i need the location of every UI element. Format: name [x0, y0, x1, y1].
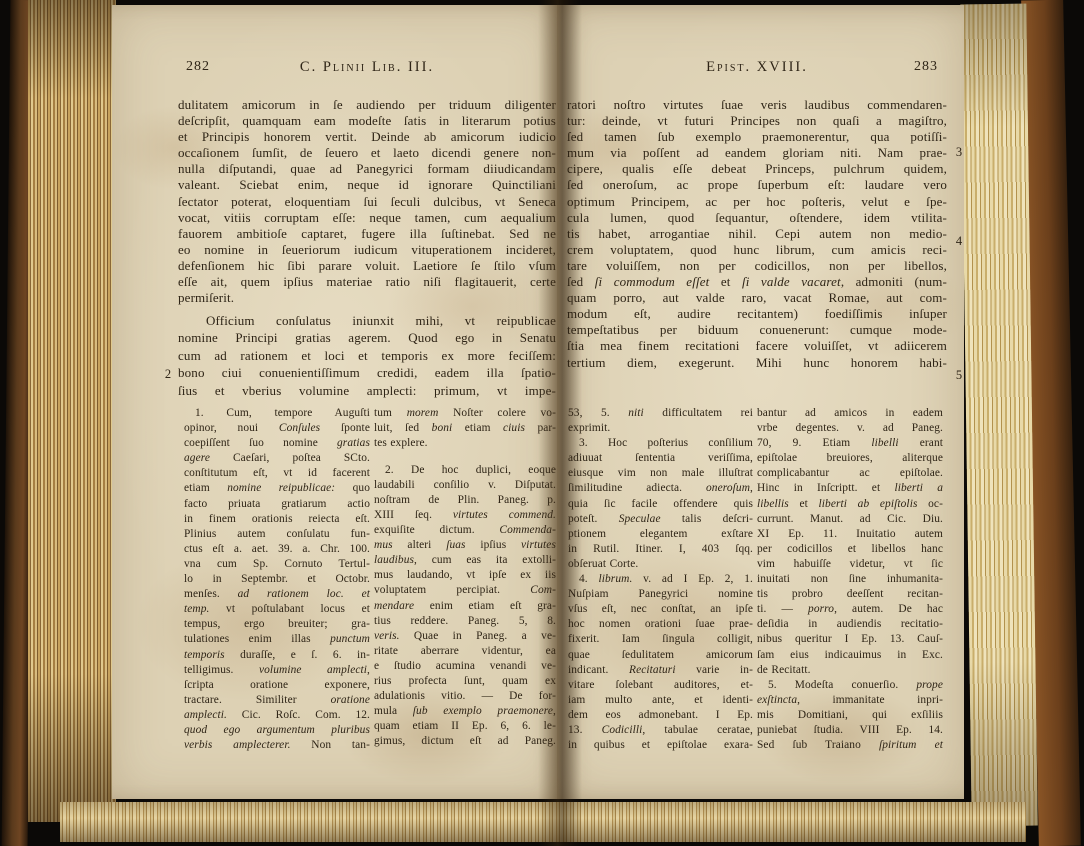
text-line: permiſerit. — [178, 290, 556, 306]
text-line: dulitatem amicorum in ſe audiendo per tr… — [178, 97, 556, 113]
footnote-line: obſeruat Corte. — [568, 557, 753, 572]
text-line: Officium conſulatus iniunxit mihi, vt re… — [178, 312, 556, 329]
footnote-line: bantur ad amicos in eadem — [757, 406, 943, 421]
text-line: ſed oneroſum, ac prope ſuperbum eſt: lau… — [567, 177, 947, 193]
footnote-line: exquiſite dictum. Commenda- — [374, 523, 556, 538]
text-line: tur: deinde, vt futuri Principes non qua… — [567, 113, 947, 129]
text-line: tis habet, arrogantiae nihil. Cepi autem… — [567, 226, 947, 242]
footnote-line: mus alteri ſuas ipſius virtutes — [374, 538, 556, 553]
right-main-text: ratori noſtro virtutes ſuae veris laudib… — [567, 97, 947, 371]
left-footnote-column-2: tum morem Noſter colere vo-luit, ſed bon… — [374, 406, 556, 749]
footnote-line: 70, 9. Etiam libelli erant — [757, 436, 943, 451]
footnote-line: quia ſic facile offendere quis — [568, 497, 753, 512]
footnote-line: quod ego argumentum pluribus — [184, 723, 370, 738]
footnote-line: agere Caeſari, poſtea SCto. — [184, 451, 370, 466]
left-running-title: C. Plinii Lib. III. — [178, 59, 556, 79]
footnote-line: Plinius autem conſulatu fun- — [184, 527, 370, 542]
footnote-line: XIII ſeq. virtutes commend. — [374, 508, 556, 523]
footnote-line: veris. Quae in Paneg. a ve- — [374, 629, 556, 644]
footnote-line: laudabili conſilio v. Diſputat. — [374, 478, 556, 493]
footnote-line: Sed ſub Traiano ſpiritum et — [757, 738, 943, 753]
footnote-line: ſimilitudine adiecta. oneroſum, — [568, 481, 753, 496]
footnote-line: vitare ſolebant auditores, et- — [568, 678, 753, 693]
footnote-line: indicant. Recitaturi varie in- — [568, 663, 753, 678]
footnote-line: ritate aberrare videntur, ea — [374, 644, 556, 659]
footnote-line: ti. — porro, autem. De hac — [757, 602, 943, 617]
footnote-line: verbis amplecterer. Non tan- — [184, 738, 370, 753]
footnote-line: deſidia in audiendis recitatio- — [757, 617, 943, 632]
footnote-line: tempus, ergo breuiter; gra- — [184, 617, 370, 632]
footnote-line: telligimus. volumine amplecti, — [184, 663, 370, 678]
footnote-line: quam etiam II Ep. 6, 6. le- — [374, 719, 556, 734]
text-line: modum eſt, audire recitantem) foediſſimi… — [567, 306, 947, 322]
footnote-line: inuitati non ſine inhumanita- — [757, 572, 943, 587]
footnote-line: 53, 5. niti difficultatem rei — [568, 406, 753, 421]
text-line: crem voluptatem, quod hunc librum, cum a… — [567, 242, 947, 258]
footnote-line: 2. De hoc duplici, eoque — [374, 463, 556, 478]
left-main-paragraph-2: Officium conſulatus iniunxit mihi, vt re… — [178, 312, 556, 399]
footnote-line: adulationis vitio. — De for- — [374, 689, 556, 704]
footnote-line — [374, 451, 556, 462]
footnote-line: mus laudando, vt ipſe ex iis — [374, 568, 556, 583]
footnote-line: hoc nomen orationi ſuae prae- — [568, 617, 753, 632]
text-line: deſcripſit, quamquam eam modeſte ſatis i… — [178, 113, 556, 129]
footnote-line: complicabantur ac epiſtolae. — [757, 466, 943, 481]
footnote-line: in finem orationis reiecta eſt. — [184, 512, 370, 527]
footnote-line: etiam nomine reipublicae: quo — [184, 481, 370, 496]
footnote-line: Nuſpiam Panegyrici nomine — [568, 587, 753, 602]
footnote-line: menſes. ad rationem loc. et — [184, 587, 370, 602]
footnote-line: voluptatem percipiat. Com- — [374, 583, 556, 598]
text-line: quam porro, aut valde raro, vacat Romae,… — [567, 290, 947, 306]
text-line: tertium diem, exegerunt. Mihi hunc honor… — [567, 355, 947, 371]
text-line: eo nomine in ſeueriorum iudicum vitupera… — [178, 242, 556, 258]
footnote-line: tis probro deeſſent recitan- — [757, 587, 943, 602]
footnote-line: coepiſſent ſuo nomine gratias — [184, 436, 370, 451]
text-line: vocat, vitiis corruptam eſſe: neque tame… — [178, 210, 556, 226]
footnote-line: rius profecta ſunt, quam ex — [374, 674, 556, 689]
text-line: cipere, qualis eſſe debeat Princeps, pul… — [567, 161, 947, 177]
footnote-line: exprimit. — [568, 421, 753, 436]
text-line: nulla diſputandi, quae ad Panegyrici for… — [178, 161, 556, 177]
footnote-line: adiuuat ſententia veriſſima, — [568, 451, 753, 466]
footnote-line: quae ſedulitatem amicorum — [568, 648, 753, 663]
footnote-line: lo in Septembr. et Octobr. — [184, 572, 370, 587]
right-page: Epist. XVIII. 283 ratori noſtro virtutes… — [557, 5, 964, 799]
right-footnote-column-2: bantur ad amicos in eademvrbe degentes. … — [757, 406, 943, 753]
footnote-line: in quibus et epiſtolae exara- — [568, 738, 753, 753]
text-line: bono ciui conuenientiſſimum credidi, ead… — [178, 364, 556, 381]
text-line: occaſionem ſumſit, de ſeuero et laeto di… — [178, 145, 556, 161]
text-line: ſectator poterat, eloquentiam ſui ſeculi… — [178, 194, 556, 210]
right-margin-number-4: 4 — [951, 234, 967, 249]
footnote-line: conſtitutum eſt, vt id facerent — [184, 466, 370, 481]
footnote-line: mula ſub exemplo praemonere, — [374, 704, 556, 719]
text-line: ſius et vberius volumine amplecti: primu… — [178, 382, 556, 399]
right-page-number: 283 — [914, 59, 938, 75]
text-line: ſed ſi commodum eſſet et ſi valde vacare… — [567, 274, 947, 290]
footnote-line: vſus eſt, nec conſtat, an ipſe — [568, 602, 753, 617]
footnote-line: opinor, noui Conſules ſponte — [184, 421, 370, 436]
footnote-line: mis Domitiani, qui exſiliis — [757, 708, 943, 723]
text-line: cula lumen, quod ſequantur, oſtendere, i… — [567, 210, 947, 226]
footnote-line: e ſtudio acumina venandi ve- — [374, 659, 556, 674]
left-footnote-column-1: 1. Cum, tempore Auguſtiopinor, noui Conſ… — [184, 406, 370, 753]
text-line: fauorem ambitioſe captaret, fugere illa … — [178, 226, 556, 242]
footnote-line: puniebat ſtudia. VIII Ep. 14. — [757, 723, 943, 738]
footnote-line: tulationes enim illas punctum — [184, 632, 370, 647]
footnote-line: laudibus, cum eas ita extolli- — [374, 553, 556, 568]
footnote-line: temporis duraſſe, e ſ. 6. in- — [184, 648, 370, 663]
footnote-line: nibus queritur I Ep. 13. Cauſ- — [757, 632, 943, 647]
footnote-line: ſcripta oratione exponere, — [184, 678, 370, 693]
footnote-line: tes explere. — [374, 436, 556, 451]
book-photo: 282 C. Plinii Lib. III. dulitatem amicor… — [0, 0, 1084, 846]
footnote-line: libellis et liberti ab epiſtolis oc- — [757, 497, 943, 512]
footnote-line: 5. Modeſta conuerſio. prope — [757, 678, 943, 693]
footnote-line: vim habuiſſe videtur, vt ſic — [757, 557, 943, 572]
footnote-line: facto priuata gratiarum actio — [184, 497, 370, 512]
footnote-line: 4. librum. v. ad I Ep. 2, 1. — [568, 572, 753, 587]
left-page: 282 C. Plinii Lib. III. dulitatem amicor… — [112, 5, 561, 799]
text-line: ratori noſtro virtutes ſuae veris laudib… — [567, 97, 947, 113]
footnote-line: mendare enim etiam eſt gra- — [374, 599, 556, 614]
text-line: valeant. Sciebat enim, neque id ignorare… — [178, 177, 556, 193]
footnote-line: de Recitatt. — [757, 663, 943, 678]
footnote-line: in Rutil. Itiner. I, 403 ſqq. — [568, 542, 753, 557]
right-page-edges — [960, 4, 1037, 827]
footnote-line: tius reddere. Paneg. 5, 8. — [374, 614, 556, 629]
footnote-line: 13. Codicilli, tabulae ceratae, — [568, 723, 753, 738]
footnote-line: epiſtolae breuiores, aliterque — [757, 451, 943, 466]
text-line: eſſe ait, quem ipſius materiae ratio niſ… — [178, 274, 556, 290]
footnote-line: noſtram de Plin. Paneg. p. — [374, 493, 556, 508]
left-main-paragraph-1: dulitatem amicorum in ſe audiendo per tr… — [178, 97, 556, 306]
text-line: ſed tamen ſub exemplo praemonerentur, qu… — [567, 129, 947, 145]
footnote-line: eiusque vim non male illuſtrat — [568, 466, 753, 481]
text-line: tempeſtatibus per biduum conuenerunt: cu… — [567, 322, 947, 338]
right-footnote-column-1: 53, 5. niti difficultatem reiexprimit.3.… — [568, 406, 753, 753]
footnote-line: ſam eius indicauimus in Exc. — [757, 648, 943, 663]
footnote-line: 3. Hoc poſterius conſilium — [568, 436, 753, 451]
footnote-line: per codicillos et libellos hanc — [757, 542, 943, 557]
footnote-line: tractare. Similiter oratione — [184, 693, 370, 708]
text-line: et Principis honorem vertit. Deinde ab a… — [178, 129, 556, 145]
text-line: defenſionem hic ſibi parare voluit. Laet… — [178, 258, 556, 274]
footnote-line: vrbe degentes. v. ad Paneg. — [757, 421, 943, 436]
footnote-line: Hinc in Inſcriptt. et liberti a — [757, 481, 943, 496]
footnote-line: fixerit. Iam ſingula colligit, — [568, 632, 753, 647]
footnote-line: poteſt. Speculae talis deſcri- — [568, 512, 753, 527]
footnote-line: ptionem elegantem exſtare — [568, 527, 753, 542]
footnote-line: vna cum Sp. Cornuto Tertul- — [184, 557, 370, 572]
left-margin-number-2: 2 — [160, 367, 176, 382]
text-line: cum ad rationem et loci et temporis ex m… — [178, 347, 556, 364]
text-line: nomine Principi gratias agerem. Quod ego… — [178, 329, 556, 346]
right-margin-number-3: 3 — [951, 145, 967, 160]
bottom-page-edges — [60, 802, 1026, 842]
footnote-line: gimus, dictum eſt ad Paneg. — [374, 734, 556, 749]
text-line: ſtia mea finem recitationi facere voluiſ… — [567, 338, 947, 354]
footnote-line: exſtincta, immanitate inpri- — [757, 693, 943, 708]
footnote-line: temp. vt poſtulabant locus et — [184, 602, 370, 617]
footnote-line: ctus eſt a. aet. 39. a. Chr. 100. — [184, 542, 370, 557]
footnote-line: iam multo ante, et identi- — [568, 693, 753, 708]
footnote-line: luit, ſed boni etiam ciuis par- — [374, 421, 556, 436]
right-margin-number-5: 5 — [951, 368, 967, 383]
text-line: optimum Principem, ac per hoc poſteris, … — [567, 194, 947, 210]
text-line: tare voluiſſem, non per codicillos, non … — [567, 258, 947, 274]
text-line: mum via poſſent ad eandem gloriam niti. … — [567, 145, 947, 161]
footnote-line: 1. Cum, tempore Auguſti — [184, 406, 370, 421]
footnote-line: XI Ep. 11. Inuitatio autem — [757, 527, 943, 542]
footnote-line: dem eos admonebant. I Ep. — [568, 708, 753, 723]
footnote-line: amplecti. Cic. Roſc. Com. 12. — [184, 708, 370, 723]
left-page-edges — [28, 0, 116, 822]
right-running-title: Epist. XVIII. — [567, 59, 947, 79]
footnote-line: currunt. Manut. ad Cic. Diu. — [757, 512, 943, 527]
footnote-line: tum morem Noſter colere vo- — [374, 406, 556, 421]
